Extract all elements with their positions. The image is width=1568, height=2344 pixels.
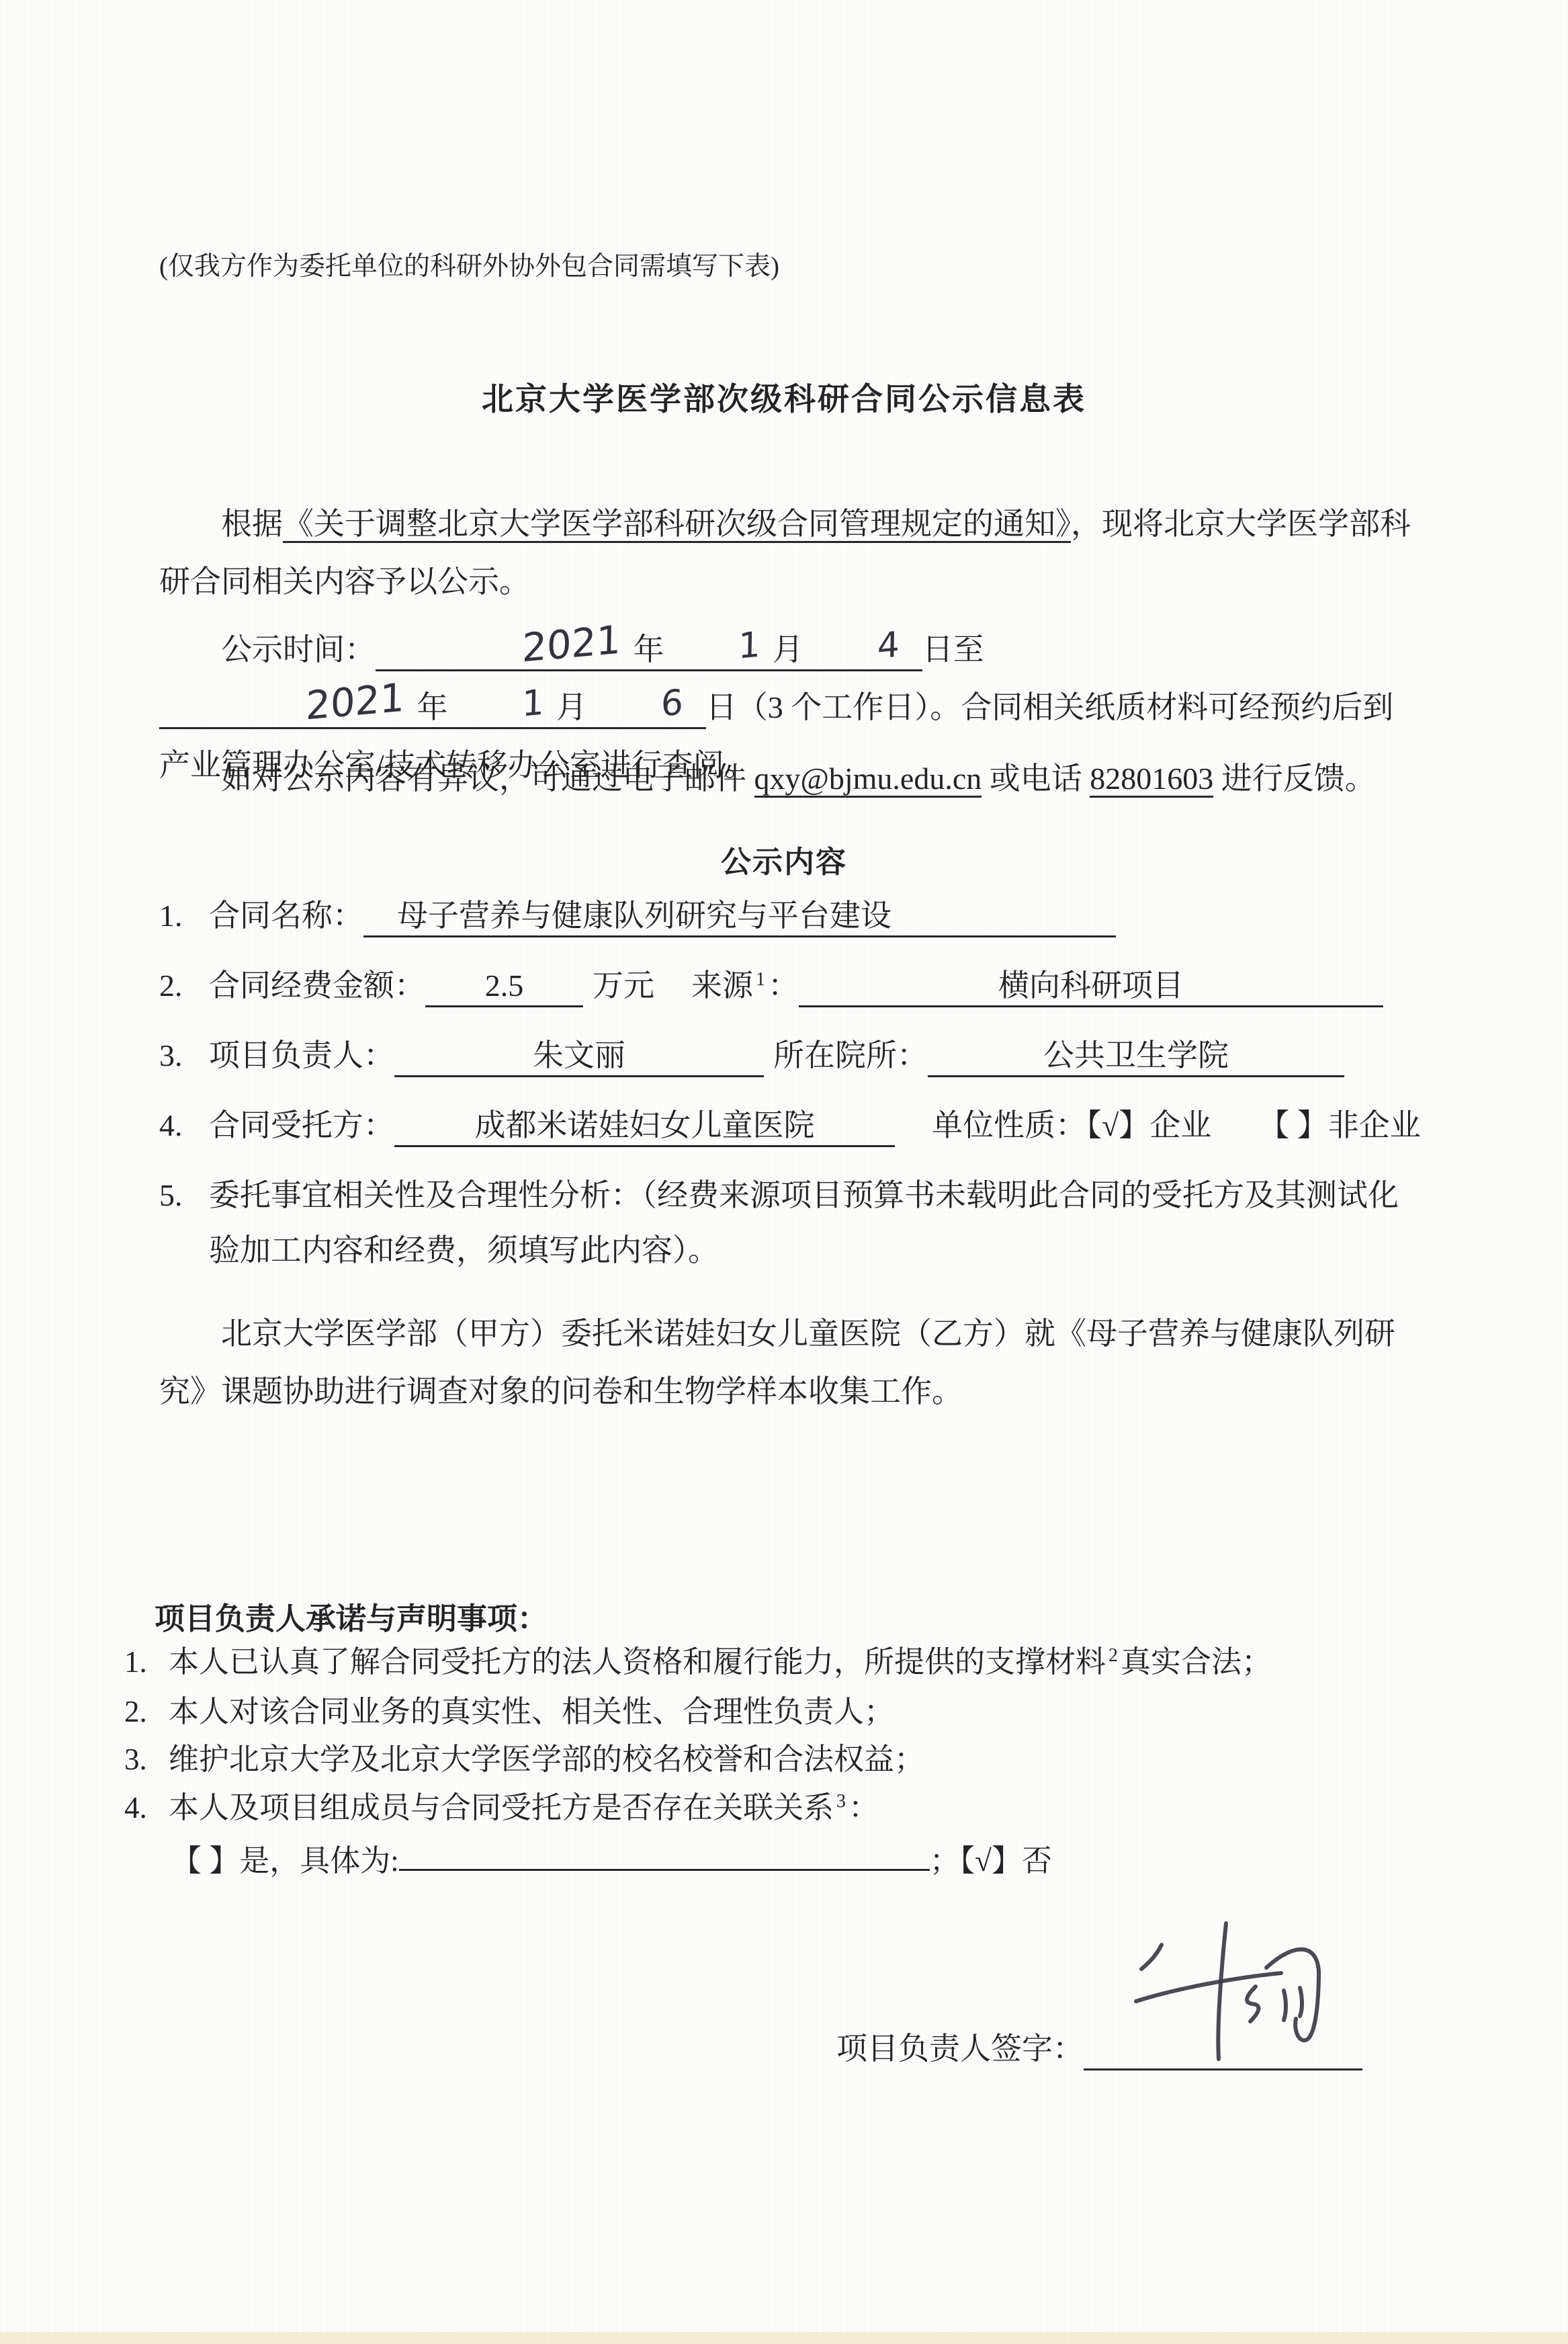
item-number: 4. xyxy=(124,1783,169,1833)
project-lead-value: 朱文丽 xyxy=(394,1036,764,1077)
no-option-label: 否 xyxy=(1022,1844,1052,1878)
feedback-email: qxy@bjmu.edu.cn xyxy=(754,761,982,798)
trustee-label: 合同受托方： xyxy=(209,1108,394,1142)
source-colon: ： xyxy=(768,968,799,1003)
analysis-requirement-row: 5.委托事宜相关性及合理性分析：（经费来源项目预算书未载明此合同的受托方及其测试… xyxy=(159,1168,1422,1278)
declaration-item: 1.本人已认真了解合同受托方的法人资格和履行能力，所提供的支撑材料2真实合法； xyxy=(124,1637,1458,1687)
period-to: 日至 xyxy=(922,632,984,667)
period-label: 公示时间： xyxy=(221,632,376,667)
project-lead-row: 3.项目负责人：朱文丽所在院所：公共卫生学院 xyxy=(159,1028,1422,1083)
entrustment-description-paragraph: 北京大学医学部（甲方）委托米诺娃妇女儿童医院（乙方）就《母子营养与健康队列研究》… xyxy=(159,1305,1412,1421)
feedback-phone: 82801603 xyxy=(1090,761,1213,798)
handwritten-start-year: 2021 xyxy=(460,626,621,667)
notice-title: 《关于调整北京大学医学部科研次级合同管理规定的通知》 xyxy=(283,507,1071,543)
declaration-text: 本人已认真了解合同受托方的法人资格和履行能力，所提供的支撑材料 xyxy=(169,1645,1106,1679)
signature-row: 项目负责人签字： xyxy=(836,2020,1441,2078)
declaration-text: 真实合法； xyxy=(1121,1645,1272,1679)
intro-paragraph: 根据《关于调整北京大学医学部科研次级合同管理规定的通知》，现将北京大学医学部科研… xyxy=(159,495,1412,611)
item-number: 3. xyxy=(124,1734,169,1784)
footnote-marker: 2 xyxy=(1108,1645,1118,1666)
declaration-text: 本人对该合同业务的真实性、相关性、合理性负责人； xyxy=(169,1695,894,1728)
top-note: (仅我方作为委托单位的科研外协外包合同需填写下表) xyxy=(159,250,1422,284)
contract-name-row: 1.合同名称：母子营养与健康队列研究与平台建设 xyxy=(159,888,1422,944)
checkbox-yes-unchecked: 【 】 xyxy=(171,1844,239,1878)
source-value: 横向科研项目 xyxy=(799,966,1383,1007)
project-lead-label: 项目负责人： xyxy=(209,1038,394,1073)
year-unit: 年 xyxy=(634,632,664,667)
item-number: 1. xyxy=(124,1637,169,1687)
feedback-mid: 或电话 xyxy=(982,761,1090,796)
item-number: 3. xyxy=(159,1028,209,1083)
feedback-prefix: 如对公示内容有异议，可通过电子邮件 xyxy=(221,761,754,796)
analysis-requirement-text: 委托事宜相关性及合理性分析：（经费来源项目预算书未载明此合同的受托方及其测试化验… xyxy=(209,1178,1399,1267)
yes-option-label: 是，具体为: xyxy=(239,1844,399,1878)
trustee-value: 成都米诺娃妇女儿童医院 xyxy=(394,1106,895,1147)
item-number: 2. xyxy=(159,958,209,1013)
year-unit: 年 xyxy=(417,690,448,724)
source-footnote-marker: 1 xyxy=(756,969,765,990)
source-label: 来源 xyxy=(691,968,753,1003)
trustee-row: 4.合同受托方：成都米诺娃妇女儿童医院单位性质：【√】企业【 】非企业 xyxy=(159,1098,1422,1153)
section-heading: 公示内容 xyxy=(0,833,1568,891)
relation-separator: ； xyxy=(930,1844,960,1878)
checkbox-enterprise-checked: 【√】 xyxy=(1086,1108,1149,1142)
contract-name-label: 合同名称： xyxy=(209,898,363,933)
month-unit: 月 xyxy=(773,632,803,667)
non-enterprise-option: 非企业 xyxy=(1328,1108,1421,1142)
scanned-form-page: (仅我方作为委托单位的科研外协外包合同需填写下表) 北京大学医学部次级科研合同公… xyxy=(0,0,1568,2344)
handwritten-end-year: 2021 xyxy=(244,683,404,724)
period-start-field: 2021年1月4 xyxy=(376,630,922,671)
item-number: 1. xyxy=(159,888,209,944)
contract-amount-row: 2.合同经费金额：2.5万元来源1：横向科研项目 xyxy=(159,958,1422,1013)
handwritten-end-month: 1 xyxy=(460,689,543,723)
signature-label: 项目负责人签字： xyxy=(836,2032,1084,2066)
declaration-text: ： xyxy=(848,1791,879,1825)
handwritten-end-day: 6 xyxy=(599,689,683,723)
amount-label: 合同经费金额： xyxy=(209,968,425,1003)
scan-edge-strip xyxy=(0,2332,1568,2344)
feedback-line: 如对公示内容有异议，可通过电子邮件 qxy@bjmu.edu.cn 或电话 82… xyxy=(159,750,1422,808)
department-label: 所在院所： xyxy=(773,1038,928,1073)
handwritten-start-month: 1 xyxy=(676,631,760,665)
declaration-text: 维护北京大学及北京大学医学部的校名校誉和合法权益； xyxy=(169,1743,924,1776)
item-number: 4. xyxy=(159,1098,209,1153)
month-unit: 月 xyxy=(556,690,587,724)
nature-label: 单位性质： xyxy=(932,1108,1086,1142)
item-number: 5. xyxy=(159,1168,209,1223)
page-title: 北京大学医学部次级科研合同公示信息表 xyxy=(0,371,1568,429)
amount-unit: 万元 xyxy=(593,968,654,1003)
department-value: 公共卫生学院 xyxy=(928,1036,1344,1077)
relation-detail-blank xyxy=(399,1869,930,1871)
signature-field xyxy=(1084,2020,1362,2078)
enterprise-option: 企业 xyxy=(1149,1108,1211,1142)
declaration-item: 4.本人及项目组成员与合同受托方是否存在关联关系3： xyxy=(124,1783,1458,1833)
period-end-field: 2021年1月6 xyxy=(159,688,706,729)
intro-prefix: 根据 xyxy=(221,507,283,541)
declaration-item: 2.本人对该合同业务的真实性、相关性、合理性负责人； xyxy=(124,1687,1458,1736)
item-number: 2. xyxy=(124,1687,169,1736)
handwritten-start-day: 4 xyxy=(816,631,900,665)
signature-underline xyxy=(1084,2029,1362,2070)
footnote-marker: 3 xyxy=(836,1791,846,1812)
feedback-suffix: 进行反馈。 xyxy=(1213,761,1376,796)
declaration-text: 本人及项目组成员与合同受托方是否存在关联关系 xyxy=(169,1791,834,1825)
checkbox-no-checked: 【√】 xyxy=(960,1844,1022,1878)
declaration-item: 3.维护北京大学及北京大学医学部的校名校誉和合法权益； xyxy=(124,1734,1458,1784)
relation-choice-line: 【 】是，具体为:；【√】否 xyxy=(171,1832,1448,1890)
checkbox-non-enterprise-unchecked: 【 】 xyxy=(1258,1108,1328,1142)
contract-name-value: 母子营养与健康队列研究与平台建设 xyxy=(363,896,1116,937)
amount-value: 2.5 xyxy=(425,966,583,1007)
